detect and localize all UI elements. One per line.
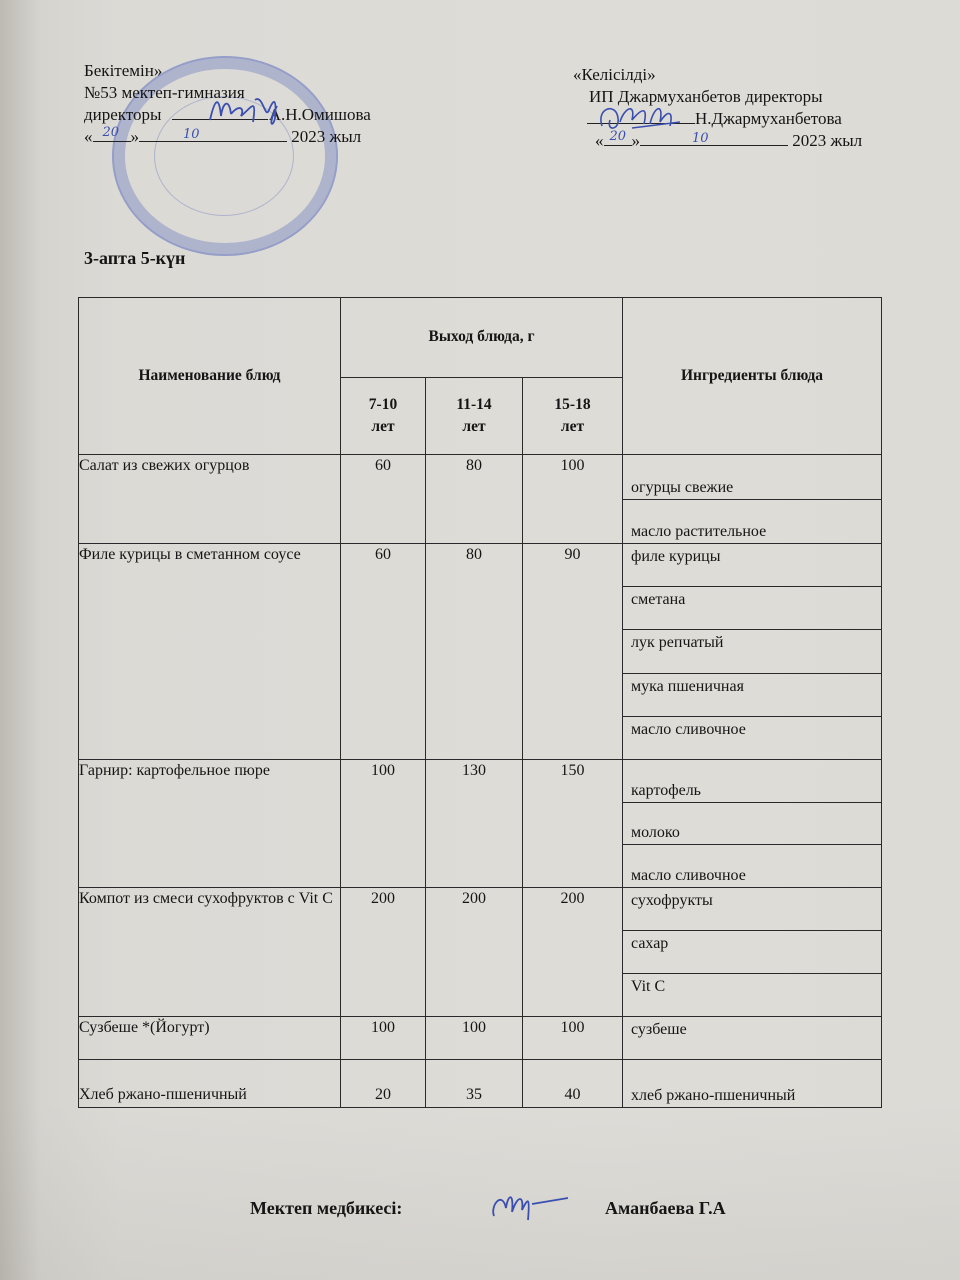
date-month: 10 — [692, 128, 709, 150]
ingredient-item: лук репчатый — [623, 630, 881, 673]
portion-value: 200 — [341, 888, 426, 1017]
ingredient-item: мука пшеничная — [623, 674, 881, 717]
ingredient-item: сузбеше — [623, 1017, 881, 1059]
ingredient-item: масло растительное — [623, 500, 881, 544]
portion-value: 90 — [523, 544, 623, 760]
portion-value: 60 — [341, 455, 426, 544]
date-day-blank: 20 — [604, 130, 632, 146]
table-row: Салат из свежих огурцов6080100огурцы све… — [79, 455, 882, 544]
portion-value: 100 — [341, 1017, 426, 1060]
portion-value: 80 — [426, 544, 523, 760]
ingredient-item: молоко — [623, 803, 881, 846]
portion-value: 100 — [523, 1017, 623, 1060]
approval-org: №53 мектеп-гимназия — [84, 82, 371, 104]
agreed-title: «Келісілді» — [573, 64, 862, 86]
header-ingredients: Ингредиенты блюда — [623, 298, 882, 455]
portion-value: 40 — [523, 1060, 623, 1108]
nurse-label: Мектеп медбикесі: — [250, 1198, 402, 1219]
approval-name: А.Н.Омишова — [269, 105, 371, 124]
nurse-name: Аманбаева Г.А — [605, 1198, 726, 1219]
date-year: 2023 жыл — [291, 127, 361, 146]
agreed-name: Н.Джармуханбетова — [695, 109, 842, 128]
approval-block-left: Бекітемін» №53 мектеп-гимназия директоры… — [84, 60, 371, 148]
ingredient-item: филе курицы — [623, 544, 881, 587]
dish-name: Салат из свежих огурцов — [79, 455, 341, 544]
dish-name: Компот из смеси сухофруктов с Vit C — [79, 888, 341, 1017]
header-age-11-14: 11-14лет — [426, 377, 523, 455]
quote-open: « — [84, 127, 93, 146]
date-day-blank: 20 — [93, 126, 131, 142]
ingredient-item: картофель — [623, 760, 881, 803]
ingredients-cell: сузбеше — [623, 1017, 882, 1060]
quote-open: « — [595, 131, 604, 150]
table-row: Гарнир: картофельное пюре100130150картоф… — [79, 760, 882, 888]
dish-name: Гарнир: картофельное пюре — [79, 760, 341, 888]
ingredient-item: масло сливочное — [623, 845, 881, 887]
header-dish-name: Наименование блюд — [79, 298, 341, 455]
portion-value: 130 — [426, 760, 523, 888]
header-age-7-10: 7-10лет — [341, 377, 426, 455]
approval-title: Бекітемін» — [84, 60, 371, 82]
portion-value: 200 — [523, 888, 623, 1017]
table-row: Компот из смеси сухофруктов с Vit C20020… — [79, 888, 882, 1017]
portion-value: 100 — [341, 760, 426, 888]
ingredient-item: сахар — [623, 931, 881, 974]
date-day: 20 — [103, 122, 120, 144]
page-shadow — [0, 1100, 960, 1280]
date-month-blank: 10 — [139, 126, 287, 142]
portion-value: 100 — [426, 1017, 523, 1060]
approval-block-right: «Келісілді» ИП Джармуханбетов директоры … — [573, 64, 862, 152]
ingredient-item: сметана — [623, 587, 881, 630]
quote-close: » — [632, 131, 641, 150]
approval-role: директоры — [84, 105, 161, 124]
portion-value: 35 — [426, 1060, 523, 1108]
header-age-15-18: 15-18лет — [523, 377, 623, 455]
table-row: Хлеб ржано-пшеничный203540хлеб ржано-пше… — [79, 1060, 882, 1108]
ingredient-item: Vit C — [623, 974, 881, 1016]
agreed-date-line: «20»10 2023 жыл — [573, 130, 862, 152]
nurse-signature-icon — [488, 1186, 580, 1222]
ingredient-item: хлеб ржано-пшеничный — [623, 1060, 881, 1107]
date-month: 10 — [183, 124, 200, 146]
signature-blank — [172, 104, 268, 120]
approval-signer-line: директоры А.Н.Омишова — [84, 104, 371, 126]
ingredient-item: сухофрукты — [623, 888, 881, 931]
dish-name: Филе курицы в сметанном соусе — [79, 544, 341, 760]
table-row: Филе курицы в сметанном соусе608090филе … — [79, 544, 882, 760]
page-subtitle: 3-апта 5-күн — [84, 248, 185, 269]
date-year: 2023 жыл — [792, 131, 862, 150]
dish-name: Сузбеше *(Йогурт) — [79, 1017, 341, 1060]
header-output: Выход блюда, г — [341, 298, 623, 378]
date-month-blank: 10 — [640, 130, 788, 146]
ingredients-cell: картофельмолокомасло сливочное — [623, 760, 882, 888]
ingredient-item: огурцы свежие — [623, 455, 881, 500]
portion-value: 150 — [523, 760, 623, 888]
ingredients-cell: хлеб ржано-пшеничный — [623, 1060, 882, 1108]
portion-value: 20 — [341, 1060, 426, 1108]
portion-value: 100 — [523, 455, 623, 544]
approval-date-line: «20»10 2023 жыл — [84, 126, 371, 148]
portion-value: 200 — [426, 888, 523, 1017]
date-day: 20 — [610, 126, 627, 148]
portion-value: 80 — [426, 455, 523, 544]
dish-name: Хлеб ржано-пшеничный — [79, 1060, 341, 1108]
agreed-org-role: ИП Джармуханбетов директоры — [573, 86, 862, 108]
quote-close: » — [131, 127, 140, 146]
ingredients-cell: огурцы свежиемасло растительное — [623, 455, 882, 544]
table-row: Сузбеше *(Йогурт)100100100сузбеше — [79, 1017, 882, 1060]
ingredient-item: масло сливочное — [623, 717, 881, 759]
portion-value: 60 — [341, 544, 426, 760]
menu-table: Наименование блюд Выход блюда, г Ингреди… — [78, 297, 882, 1108]
ingredients-cell: сухофруктысахарVit C — [623, 888, 882, 1017]
signature-blank — [587, 108, 695, 124]
ingredients-cell: филе курицысметаналук репчатыймука пшени… — [623, 544, 882, 760]
